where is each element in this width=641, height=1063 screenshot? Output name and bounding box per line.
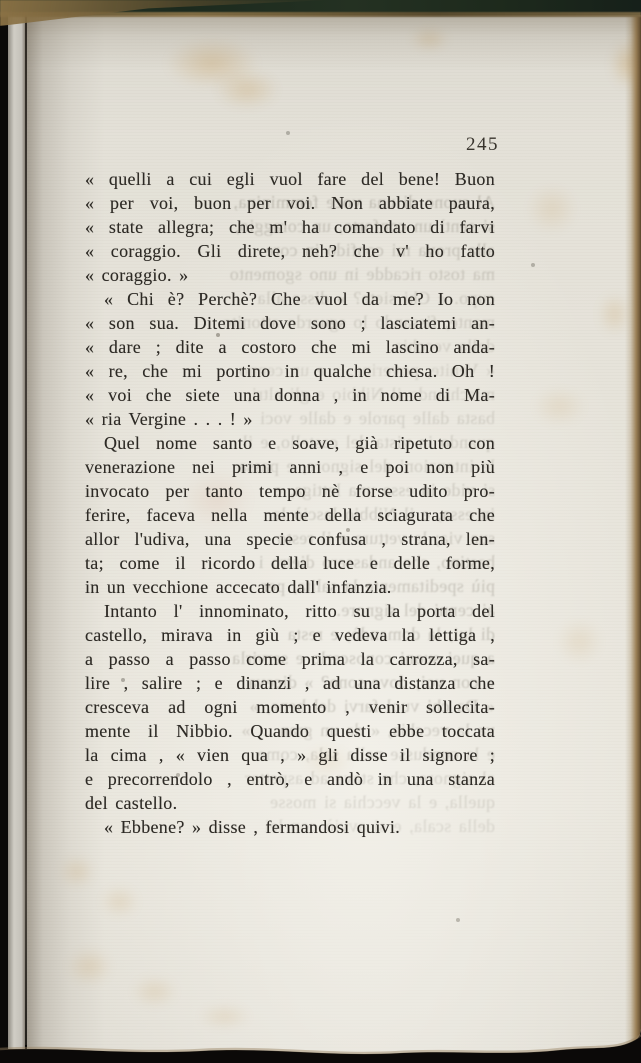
text-line: « Ebbene? » disse , fermandosi quivi. [85,815,495,839]
text-line: a passo a passo come prima la carrozza, … [85,647,495,671]
text-line: ta; come il ricordo della luce e delle f… [85,551,495,575]
text-line: « ria Vergine . . . ! » [85,407,495,431]
text-line: cresceva ad ogni momento , venir solleci… [85,695,495,719]
page: Al suono di una voce femminina,si sentì … [27,14,641,1063]
text-line: « coraggio. Gli direte, neh? che v' ho f… [85,239,495,263]
paper-stain [122,969,187,1014]
paper-stain [57,939,122,994]
paper-stain [92,879,147,924]
text-line: in un vecchione accecato dall' infanzia. [85,575,495,599]
text-line: « re, che mi portino in qualche chiesa. … [85,359,495,383]
text-line: « coraggio. » [85,263,495,287]
adjacent-page-edge [8,15,25,1049]
paper-stain [522,379,597,434]
scanned-book-page-photo: Al suono di una voce femminina,si sentì … [0,0,641,1063]
text-line: « per voi, buon per voi. Non abbiate pau… [85,191,495,215]
text-line: e precorrendolo , entrò, e andò in una s… [85,767,495,791]
text-line: « voi che siete una donna , in nome di M… [85,383,495,407]
text-line: « Chi è? Perchè? Che vuol da me? Io non [85,287,495,311]
body-text: « quelli a cui egli vuol fare del bene! … [85,167,495,839]
paper-stain [547,609,612,674]
text-line: Intanto l' innominato, ritto su la porta… [85,599,495,623]
text-line: venerazione nei primi anni , e poi non p… [85,455,495,479]
text-line: allor l'udiva, una specie confusa , stra… [85,527,495,551]
page-fore-edge [625,14,641,1063]
paper-stain [202,62,292,117]
text-line: « state allegra; che m' ha comandato di … [85,215,495,239]
text-line: lire , salire ; e dinanzi , ad una dista… [85,671,495,695]
paper-stain [517,174,587,244]
paper-stain [592,284,637,344]
book-bottom-edge [0,1029,641,1063]
text-line: « son sua. Ditemi dove sono ; lasciatemi… [85,311,495,335]
text-line: « quelli a cui egli vuol fare del bene! … [85,167,495,191]
text-line: ferire, faceva nella mente della sciagur… [85,503,495,527]
text-line: mente il Nibbio. Quando questi ebbe tocc… [85,719,495,743]
text-line: del castello. [85,791,495,815]
text-line: castello, mirava in giù ; e vedeva la le… [85,623,495,647]
text-line: invocato per tanto tempo nè forse udito … [85,479,495,503]
paper-stain [402,22,457,56]
text-line: « dare ; dite a costoro che mi lascino a… [85,335,495,359]
text-line: Quel nome santo e soave, già ripetuto co… [85,431,495,455]
paper-stain [602,29,641,99]
page-number: 245 [425,134,499,156]
paper-stain [52,849,102,894]
text-line: la cima , « vien qua , » gli disse il si… [85,743,495,767]
